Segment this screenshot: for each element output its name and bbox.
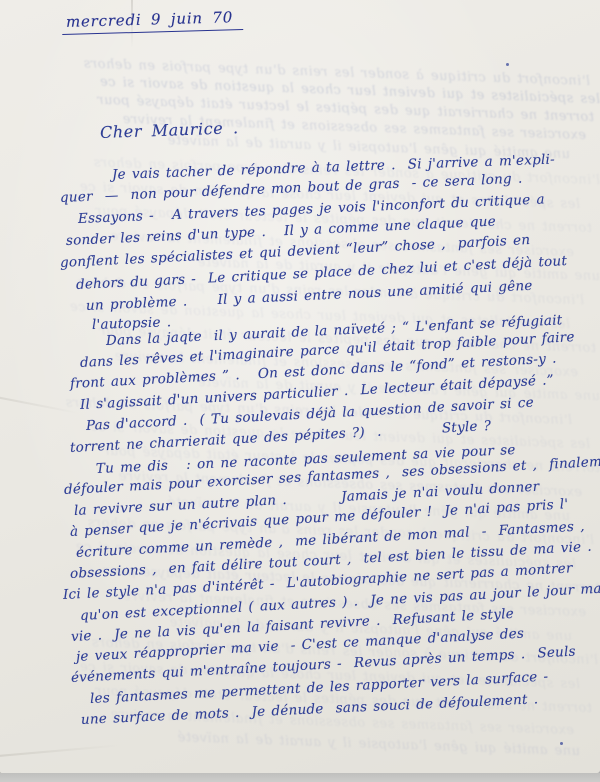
ink-speck	[560, 742, 563, 745]
showthrough-line: les spécialistes et qui devient leur cho…	[99, 75, 600, 107]
scanned-letter-page: l'inconfort du critique à sonder les rei…	[0, 0, 600, 782]
paper-crease	[0, 396, 79, 414]
paper-crease	[0, 744, 120, 757]
scanner-background	[0, 773, 600, 782]
showthrough-line: une amitié qui gêne l'autopsie il y aura…	[177, 730, 580, 759]
ink-speck	[506, 63, 509, 66]
letter-paper: l'inconfort du critique à sonder les rei…	[0, 0, 600, 773]
salutation: Cher Maurice .	[100, 118, 239, 142]
date-line: mercredi 9 juin 70	[62, 8, 244, 35]
showthrough-line: l'inconfort du critique à sonder les rei…	[83, 56, 590, 89]
